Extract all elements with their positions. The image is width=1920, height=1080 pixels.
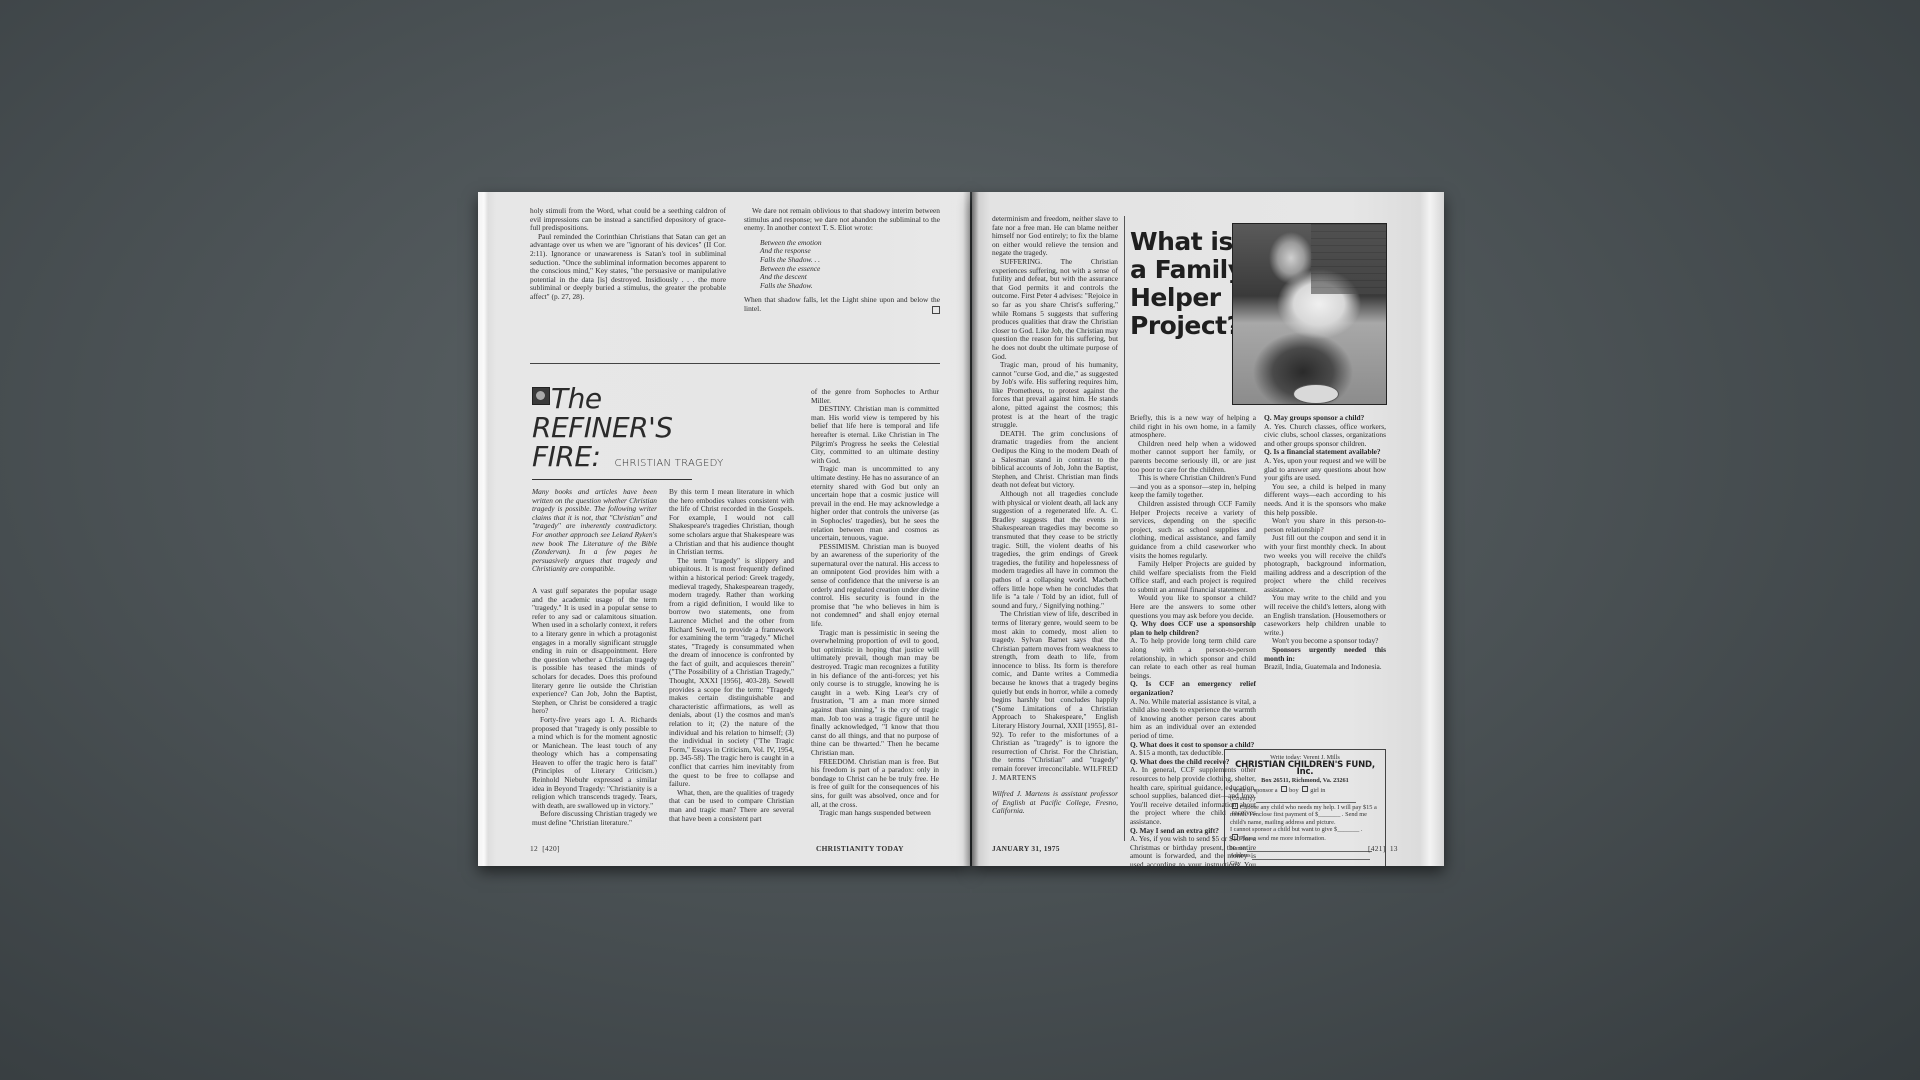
headline-line: a Family bbox=[1130, 256, 1244, 284]
paragraph: A vast gulf separates the popular usage … bbox=[532, 587, 657, 716]
paragraph: You may write to the child and you will … bbox=[1264, 594, 1386, 637]
coupon-info-row: Please send me more information. bbox=[1230, 834, 1380, 843]
faq-answer: A. Yes, upon your request and we will be… bbox=[1264, 457, 1386, 483]
faq-answer: A. No. While material assistance is vita… bbox=[1130, 698, 1256, 741]
paragraph: Although not all tragedies conclude with… bbox=[992, 490, 1118, 610]
paragraph: Tragic man is pessimistic in seeing the … bbox=[811, 629, 939, 758]
girl-label: girl in bbox=[1310, 787, 1325, 794]
paragraph: When that shadow falls, let the Light sh… bbox=[744, 296, 940, 313]
left-page: holy stimuli from the Word, what could b… bbox=[478, 192, 970, 866]
paragraph: Children need help when a widowed mother… bbox=[1130, 440, 1256, 474]
column-divider bbox=[1124, 216, 1125, 841]
choose-any-checkbox[interactable] bbox=[1232, 803, 1238, 809]
paragraph: FREEDOM. Christian man is free. But his … bbox=[811, 758, 939, 810]
coupon-country-row: (Country) bbox=[1230, 795, 1380, 803]
author-note: Wilfred J. Martens is assistant professo… bbox=[992, 790, 1118, 816]
country-field[interactable] bbox=[1256, 796, 1356, 803]
top-column-2: We dare not remain oblivious to that sha… bbox=[744, 207, 940, 314]
title-underline bbox=[532, 479, 692, 480]
paragraph: of the genre from Sophocles to Arthur Mi… bbox=[811, 388, 939, 405]
faq-answer: A. To help provide long term child care … bbox=[1130, 637, 1256, 680]
body-column-2: By this term I mean literature in which … bbox=[669, 488, 794, 823]
paragraph: Just fill out the coupon and send it in … bbox=[1264, 534, 1386, 594]
sponsor-coupon[interactable]: Write today: Verent J. Mills CHRISTIAN C… bbox=[1224, 749, 1386, 866]
paragraph: PESSIMISM. Christian man is buoyed by an… bbox=[811, 543, 939, 629]
intro-italic: Many books and articles have been writte… bbox=[532, 488, 657, 574]
paragraph-text: The Christian view of life, described in… bbox=[992, 609, 1118, 773]
paragraph: DEATH. The grim conclusions of dramatic … bbox=[992, 430, 1118, 490]
headline-line: What is bbox=[1130, 228, 1244, 256]
paragraph: Family Helper Projects are guided by chi… bbox=[1130, 560, 1256, 594]
coupon-address-row: Address bbox=[1230, 852, 1380, 860]
paragraph: The Christian view of life, described in… bbox=[992, 610, 1118, 782]
publication-name: CHRISTIANITY TODAY bbox=[816, 844, 904, 853]
page-number: 13 bbox=[1390, 844, 1398, 853]
body-column-1: A vast gulf separates the popular usage … bbox=[532, 587, 657, 828]
name-label: Name bbox=[1230, 845, 1245, 852]
section-divider bbox=[530, 363, 940, 364]
paragraph: The term "tragedy" is slippery and ubiqu… bbox=[669, 557, 794, 789]
paragraph: What, then, are the qualities of tragedy… bbox=[669, 789, 794, 823]
page-number: 12 bbox=[530, 844, 538, 853]
paragraph: Before discussing Christian tragedy we m… bbox=[532, 810, 657, 827]
paragraph: Briefly, this is a new way of helping a … bbox=[1130, 414, 1256, 440]
coupon-org-name: CHRISTIAN CHILDREN'S FUND, Inc. bbox=[1230, 762, 1380, 777]
paragraph: holy stimuli from the Word, what could b… bbox=[530, 207, 726, 233]
name-field[interactable] bbox=[1247, 845, 1372, 852]
coupon-name-row: Name bbox=[1230, 845, 1380, 853]
article-continued-column: determinism and freedom, neither slave t… bbox=[992, 215, 1118, 816]
left-footer-page: 12 [420] bbox=[530, 844, 560, 853]
more-info-checkbox[interactable] bbox=[1232, 834, 1238, 840]
right-footer-page: [421] 13 bbox=[1368, 844, 1398, 853]
paragraph: determinism and freedom, neither slave t… bbox=[992, 215, 1118, 258]
coupon-sponsor-row: I wish to sponsor a boy girl in bbox=[1230, 786, 1380, 795]
boy-checkbox[interactable] bbox=[1281, 786, 1287, 792]
faq-question: Q. Why does CCF use a sponsorship plan t… bbox=[1130, 620, 1256, 637]
more-info-label: Please send me more information. bbox=[1240, 835, 1326, 842]
paragraph: SUFFERING. The Christian experiences suf… bbox=[992, 258, 1118, 361]
ad-headline: What is a Family Helper Project? bbox=[1130, 228, 1244, 340]
paragraph: Paul reminded the Corinthian Christians … bbox=[530, 233, 726, 302]
coupon-address: Box 26511, Richmond, Va. 23261 bbox=[1230, 777, 1380, 785]
choose-any-label: Choose any child who needs my help. I wi… bbox=[1230, 804, 1377, 826]
paragraph: By this term I mean literature in which … bbox=[669, 488, 794, 557]
city-label: City bbox=[1230, 860, 1241, 866]
title-line-2: REFINER'S bbox=[532, 413, 732, 442]
magazine-spread: holy stimuli from the Word, what could b… bbox=[478, 192, 1444, 868]
magazine-logo-icon bbox=[532, 387, 550, 405]
coupon-choose-row: Choose any child who needs my help. I wi… bbox=[1230, 803, 1380, 827]
paragraph: Brazil, India, Guatemala and Indonesia. bbox=[1264, 663, 1386, 672]
sponsor-line-label: I wish to sponsor a bbox=[1230, 787, 1278, 794]
headline-line: Helper bbox=[1130, 284, 1244, 312]
boy-label: boy bbox=[1289, 787, 1298, 794]
paragraph: Tragic man, proud of his humanity, canno… bbox=[992, 361, 1118, 430]
cannot-sponsor-label: I cannot sponsor a child but want to giv… bbox=[1230, 826, 1362, 833]
paragraph: DESTINY. Christian man is committed man.… bbox=[811, 405, 939, 465]
photo-brick-wall bbox=[1311, 224, 1386, 294]
body-column-3: of the genre from Sophocles to Arthur Mi… bbox=[811, 388, 939, 818]
poem-line: Falls the Shadow. bbox=[760, 282, 940, 291]
address-label: Address bbox=[1230, 852, 1251, 859]
paragraph: Tragic man is uncommitted to any ultimat… bbox=[811, 465, 939, 542]
faq-answer: A. Yes. Church classes, office workers, … bbox=[1264, 423, 1386, 449]
article-subtitle: CHRISTIAN TRAGEDY bbox=[614, 458, 723, 469]
end-mark-icon bbox=[932, 306, 940, 314]
eliot-poem: Between the emotion And the response Fal… bbox=[760, 239, 940, 291]
paragraph: Would you like to sponsor a child? Here … bbox=[1130, 594, 1256, 620]
paragraph: Forty-five years ago I. A. Richards prop… bbox=[532, 716, 657, 811]
paragraph: Tragic man hangs suspended between bbox=[811, 809, 939, 818]
paragraph: You see, a child is helped in many diffe… bbox=[1264, 483, 1386, 517]
ad-column-2: Q. May groups sponsor a child?A. Yes. Ch… bbox=[1264, 414, 1386, 672]
faq-question: Q. Is CCF an emergency relief organizati… bbox=[1130, 680, 1256, 697]
right-page: determinism and freedom, neither slave t… bbox=[972, 192, 1444, 866]
issue-date: JANUARY 31, 1975 bbox=[992, 844, 1060, 853]
closing-text: When that shadow falls, let the Light sh… bbox=[744, 295, 940, 313]
coupon-city-row: City bbox=[1230, 860, 1380, 866]
paragraph: Children assisted through CCF Family Hel… bbox=[1130, 500, 1256, 560]
top-column-1: holy stimuli from the Word, what could b… bbox=[530, 207, 726, 302]
city-field[interactable] bbox=[1242, 860, 1374, 866]
callout-text: Sponsors urgently needed this month in: bbox=[1264, 646, 1386, 663]
girl-checkbox[interactable] bbox=[1302, 786, 1308, 792]
intro-text: Many books and articles have been writte… bbox=[532, 488, 657, 574]
issue-page-number: [420] bbox=[542, 844, 560, 853]
paragraph: Won't you share in this person-to-person… bbox=[1264, 517, 1386, 534]
country-label: (Country) bbox=[1230, 795, 1255, 802]
paragraph: This is where Christian Children's Fund—… bbox=[1130, 474, 1256, 500]
photo-bowl bbox=[1293, 384, 1339, 404]
issue-page-number: [421] bbox=[1368, 844, 1386, 853]
ad-photo bbox=[1232, 223, 1387, 405]
paragraph: We dare not remain oblivious to that sha… bbox=[744, 207, 940, 233]
address-field[interactable] bbox=[1252, 853, 1370, 860]
title-line-3: FIRE: bbox=[532, 440, 600, 473]
coupon-cannot-row: I cannot sponsor a child but want to giv… bbox=[1230, 826, 1380, 834]
headline-line: Project? bbox=[1130, 312, 1244, 340]
article-title: The REFINER'S FIRE:CHRISTIAN TRAGEDY bbox=[532, 384, 732, 480]
